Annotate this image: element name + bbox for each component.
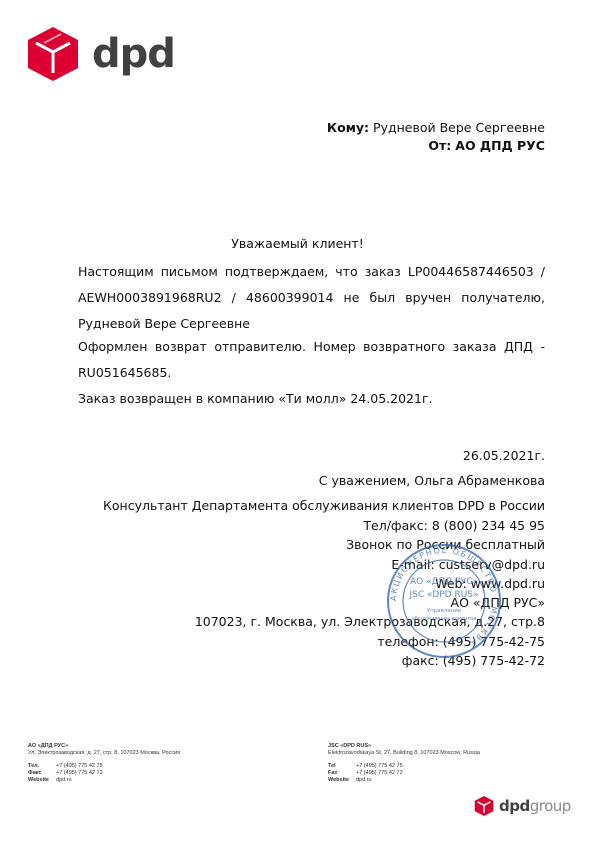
from-label: От: — [428, 138, 451, 153]
footer-ru-web: dpd.ru — [56, 777, 72, 784]
footer-ru-company: АО «ДПД РУС» — [28, 743, 180, 750]
to-line: Кому: Рудневой Вере Сергеевне — [327, 119, 545, 137]
footer-ru-tel: +7 (495) 775 42 75 — [56, 763, 103, 770]
from-value: АО ДПД РУС — [455, 138, 545, 153]
dpdgroup-logo: dpd group — [474, 795, 571, 817]
dpd-cube-small-icon — [474, 795, 494, 817]
to-label: Кому: — [327, 120, 369, 135]
svg-text:Управление: Управление — [427, 608, 462, 614]
footer-ru-tel-label: Тел. — [28, 763, 56, 770]
footer-en-web: dpd.ru — [356, 777, 372, 784]
telfax: Тел/факс: 8 (800) 234 45 95 — [195, 516, 545, 535]
footer-ru-fax: +7 (495) 775 42 72 — [56, 770, 103, 777]
footer-ru-fax-label: Факс — [28, 770, 56, 777]
svg-text:АО «ДПД РУС»: АО «ДПД РУС» — [410, 577, 478, 587]
footer-en-company: JSC «DPD RUS» — [328, 743, 480, 750]
signer-position: Консультант Департамента обслуживания кл… — [103, 493, 545, 518]
footer-en-address: Elektrozavodskaya St. 27, Building 8, 10… — [328, 750, 480, 757]
from-line: От: АО ДПД РУС — [327, 137, 545, 155]
group-wordmark-light: group — [530, 797, 571, 815]
footer-en-tel: +7 (495) 775 42 75 — [356, 763, 403, 770]
addressee-block: Кому: Рудневой Вере Сергеевне От: АО ДПД… — [327, 119, 545, 155]
footer-en-fax: +7 (495) 775 42 72 — [356, 770, 403, 777]
dpd-wordmark: dpd — [92, 34, 175, 74]
svg-text:JSC «DPD RUS»: JSC «DPD RUS» — [408, 590, 478, 600]
footer-en: JSC «DPD RUS» Elektrozavodskaya St. 27, … — [328, 743, 480, 784]
footer-ru: АО «ДПД РУС» Ул. Электрозаводская, д. 27… — [28, 743, 180, 784]
regards-line: С уважением, Ольга Абраменкова — [103, 468, 545, 493]
footer-en-web-label: Website — [328, 777, 356, 784]
dpd-logo: dpd — [26, 25, 175, 83]
dpd-cube-icon — [26, 25, 80, 83]
footer-ru-web-label: Website — [28, 777, 56, 784]
paragraph-order-not-delivered: Настоящим письмом подтверждаем, что зака… — [78, 259, 545, 337]
footer-en-tel-label: Tel — [328, 763, 356, 770]
paragraph-return-order: Оформлен возврат отправителю. Номер возв… — [78, 334, 545, 386]
footer-ru-address: Ул. Электрозаводская, д. 27, стр. 8, 107… — [28, 750, 180, 757]
greeting: Уважаемый клиент! — [0, 236, 595, 251]
footer-en-fax-label: Fax — [328, 770, 356, 777]
group-wordmark-bold: dpd — [499, 797, 530, 815]
to-value: Рудневой Вере Сергеевне — [373, 120, 545, 135]
signature-block: 26.05.2021г. С уважением, Ольга Абраменк… — [103, 443, 545, 518]
letter-date: 26.05.2021г. — [103, 443, 545, 468]
svg-text:обслуживания клиентов: обслуживания клиентов — [412, 616, 477, 622]
paragraph-returned-company: Заказ возвращен в компанию «Ти молл» 24.… — [78, 386, 545, 412]
company-stamp-icon: АКЦИОНЕРНОЕ ОБЩЕСТВО · МОСКВА · АО «ДПД … — [385, 542, 503, 660]
